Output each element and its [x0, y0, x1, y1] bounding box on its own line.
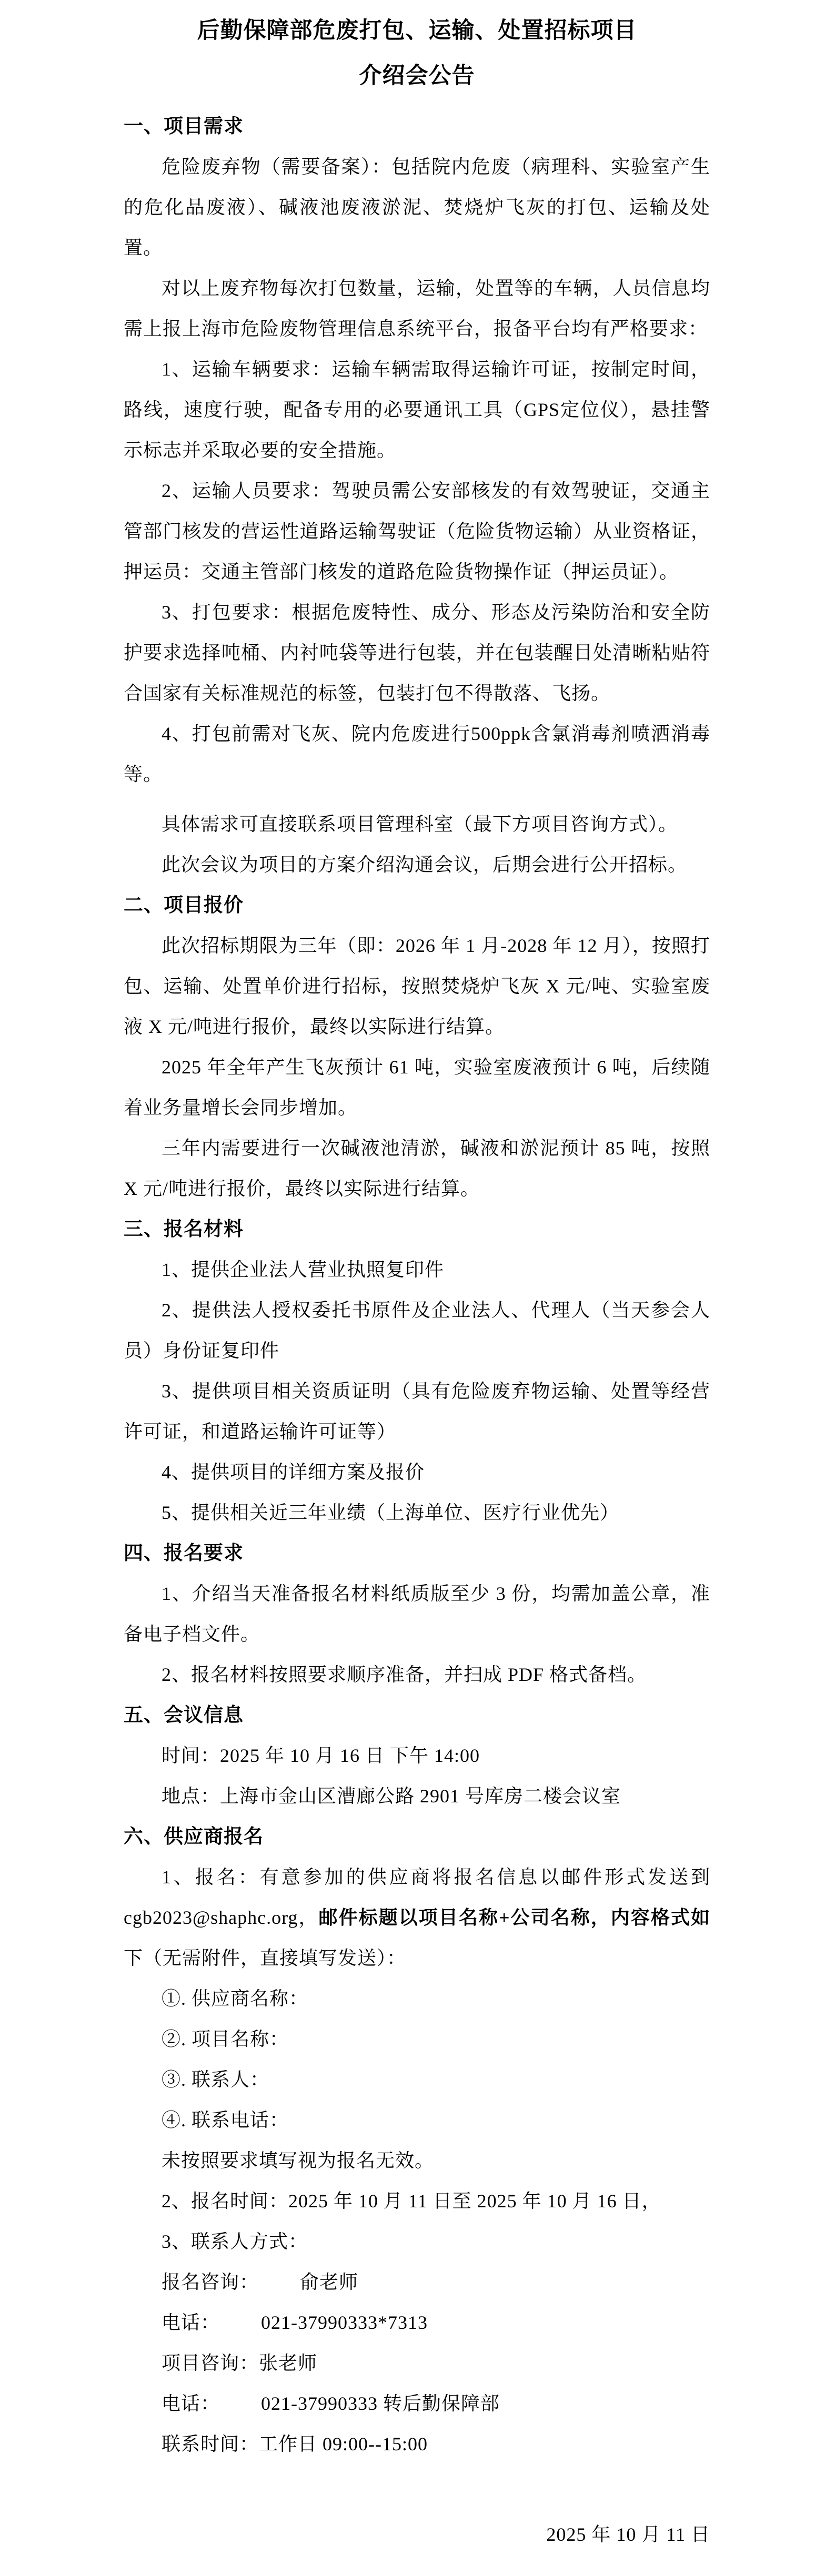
announcement-document: 后勤保障部危废打包、运输、处置招标项目 介绍会公告 一、项目需求 危险废弃物（需… [0, 0, 835, 2576]
document-title: 后勤保障部危废打包、运输、处置招标项目 介绍会公告 [124, 8, 710, 99]
form-field-supplier-name: ①. 供应商名称： [124, 1979, 710, 2019]
contact-line-project-consult: 项目咨询：张老师 [124, 2343, 710, 2384]
signup-text-post: 下（无需附件，直接填写发送）： [124, 1948, 406, 1969]
form-field-project-name: ②. 项目名称： [124, 2019, 710, 2060]
contact-line-signup-consult: 报名咨询：俞老师 [124, 2262, 710, 2303]
paragraph: 对以上废弃物每次打包数量，运输，处置等的车辆，人员信息均需上报上海市危险废物管理… [124, 268, 710, 349]
paragraph: 2、提供法人授权委托书原件及企业法人、代理人（当天参会人员）身份证复印件 [124, 1290, 710, 1371]
meeting-time-line: 时间：2025 年 10 月 16 日 下午 14:00 [124, 1736, 710, 1776]
contact-value: 021-37990333 转后勤保障部 [220, 2393, 500, 2414]
paragraph: 3、提供项目相关资质证明（具有危险废弃物运输、处置等经营许可证，和道路运输许可证… [124, 1371, 710, 1452]
contact-value: 021-37990333*7313 [220, 2312, 428, 2333]
paragraph: 3、打包要求：根据危废特性、成分、形态及污染防治和安全防护要求选择吨桶、内衬吨袋… [124, 592, 710, 714]
contact-value: 工作日 09:00--15:00 [259, 2433, 428, 2455]
paragraph: 危险废弃物（需要备案）：包括院内危废（病理科、实验室产生的危化品废液）、碱液池废… [124, 147, 710, 268]
section-heading-supplier-signup: 六、供应商报名 [124, 1817, 710, 1857]
section-heading-project-quotation: 二、项目报价 [124, 885, 710, 926]
contact-value: 俞老师 [259, 2271, 358, 2293]
footer-date: 2025 年 10 月 11 日 [124, 2514, 710, 2555]
section-heading-project-requirements: 一、项目需求 [124, 106, 710, 147]
contact-line-phone-2: 电话：021-37990333 转后勤保障部 [124, 2384, 710, 2424]
contact-label: 报名咨询： [162, 2271, 259, 2293]
signup-text-bold: 邮件标题以项目名称+公司名称，内容格式如 [319, 1907, 710, 1928]
blank-line [124, 795, 710, 804]
form-field-contact-phone: ④. 联系电话： [124, 2100, 710, 2141]
contact-method-heading: 3、联系人方式： [124, 2222, 710, 2262]
section-heading-registration-requirements: 四、报名要求 [124, 1533, 710, 1574]
paragraph: 此次会议为项目的方案介绍沟通会议，后期会进行公开招标。 [124, 845, 710, 885]
contact-value: 张老师 [259, 2352, 317, 2374]
contact-label: 电话： [162, 2393, 220, 2414]
section-heading-meeting-info: 五、会议信息 [124, 1695, 710, 1736]
paragraph: 1、介绍当天准备报名材料纸质版至少 3 份，均需加盖公章，准备电子档文件。 [124, 1574, 710, 1655]
title-line-2: 介绍会公告 [124, 54, 710, 99]
meeting-location-line: 地点：上海市金山区漕廊公路 2901 号库房二楼会议室 [124, 1776, 710, 1817]
invalid-note: 未按照要求填写视为报名无效。 [124, 2141, 710, 2181]
contact-line-phone-1: 电话：021-37990333*7313 [124, 2303, 710, 2343]
signup-time-line: 2、报名时间：2025 年 10 月 11 日至 2025 年 10 月 16 … [124, 2181, 710, 2222]
paragraph: 具体需求可直接联系项目管理科室（最下方项目咨询方式）。 [124, 804, 710, 845]
paragraph: 1、运输车辆要求：运输车辆需取得运输许可证，按制定时间，路线，速度行驶，配备专用… [124, 349, 710, 471]
contact-label: 项目咨询： [162, 2352, 259, 2374]
paragraph: 5、提供相关近三年业绩（上海单位、医疗行业优先） [124, 1493, 710, 1533]
title-line-1: 后勤保障部危废打包、运输、处置招标项目 [124, 8, 710, 54]
paragraph: 此次招标期限为三年（即：2026 年 1 月-2028 年 12 月），按照打包… [124, 926, 710, 1047]
section-heading-registration-materials: 三、报名材料 [124, 1209, 710, 1250]
paragraph: 三年内需要进行一次碱液池清淤，碱液和淤泥预计 85 吨，按照X 元/吨进行报价，… [124, 1128, 710, 1209]
paragraph: 2、运输人员要求：驾驶员需公安部核发的有效驾驶证，交通主管部门核发的营运性道路运… [124, 471, 710, 592]
paragraph: 2、报名材料按照要求顺序准备，并扫成 PDF 格式备档。 [124, 1655, 710, 1695]
contact-line-hours: 联系时间：工作日 09:00--15:00 [124, 2424, 710, 2465]
paragraph: 2025 年全年产生飞灰预计 61 吨，实验室废液预计 6 吨，后续随着业务量增… [124, 1047, 710, 1128]
paragraph: 4、提供项目的详细方案及报价 [124, 1452, 710, 1493]
paragraph-signup: 1、报名：有意参加的供应商将报名信息以邮件形式发送到cgb2023@shaphc… [124, 1857, 710, 1979]
paragraph: 4、打包前需对飞灰、院内危废进行500ppk含氯消毒剂喷洒消毒等。 [124, 714, 710, 795]
paragraph: 1、提供企业法人营业执照复印件 [124, 1250, 710, 1290]
contact-label: 电话： [162, 2312, 220, 2333]
contact-label: 联系时间： [162, 2433, 259, 2455]
form-field-contact-person: ③. 联系人： [124, 2060, 710, 2100]
